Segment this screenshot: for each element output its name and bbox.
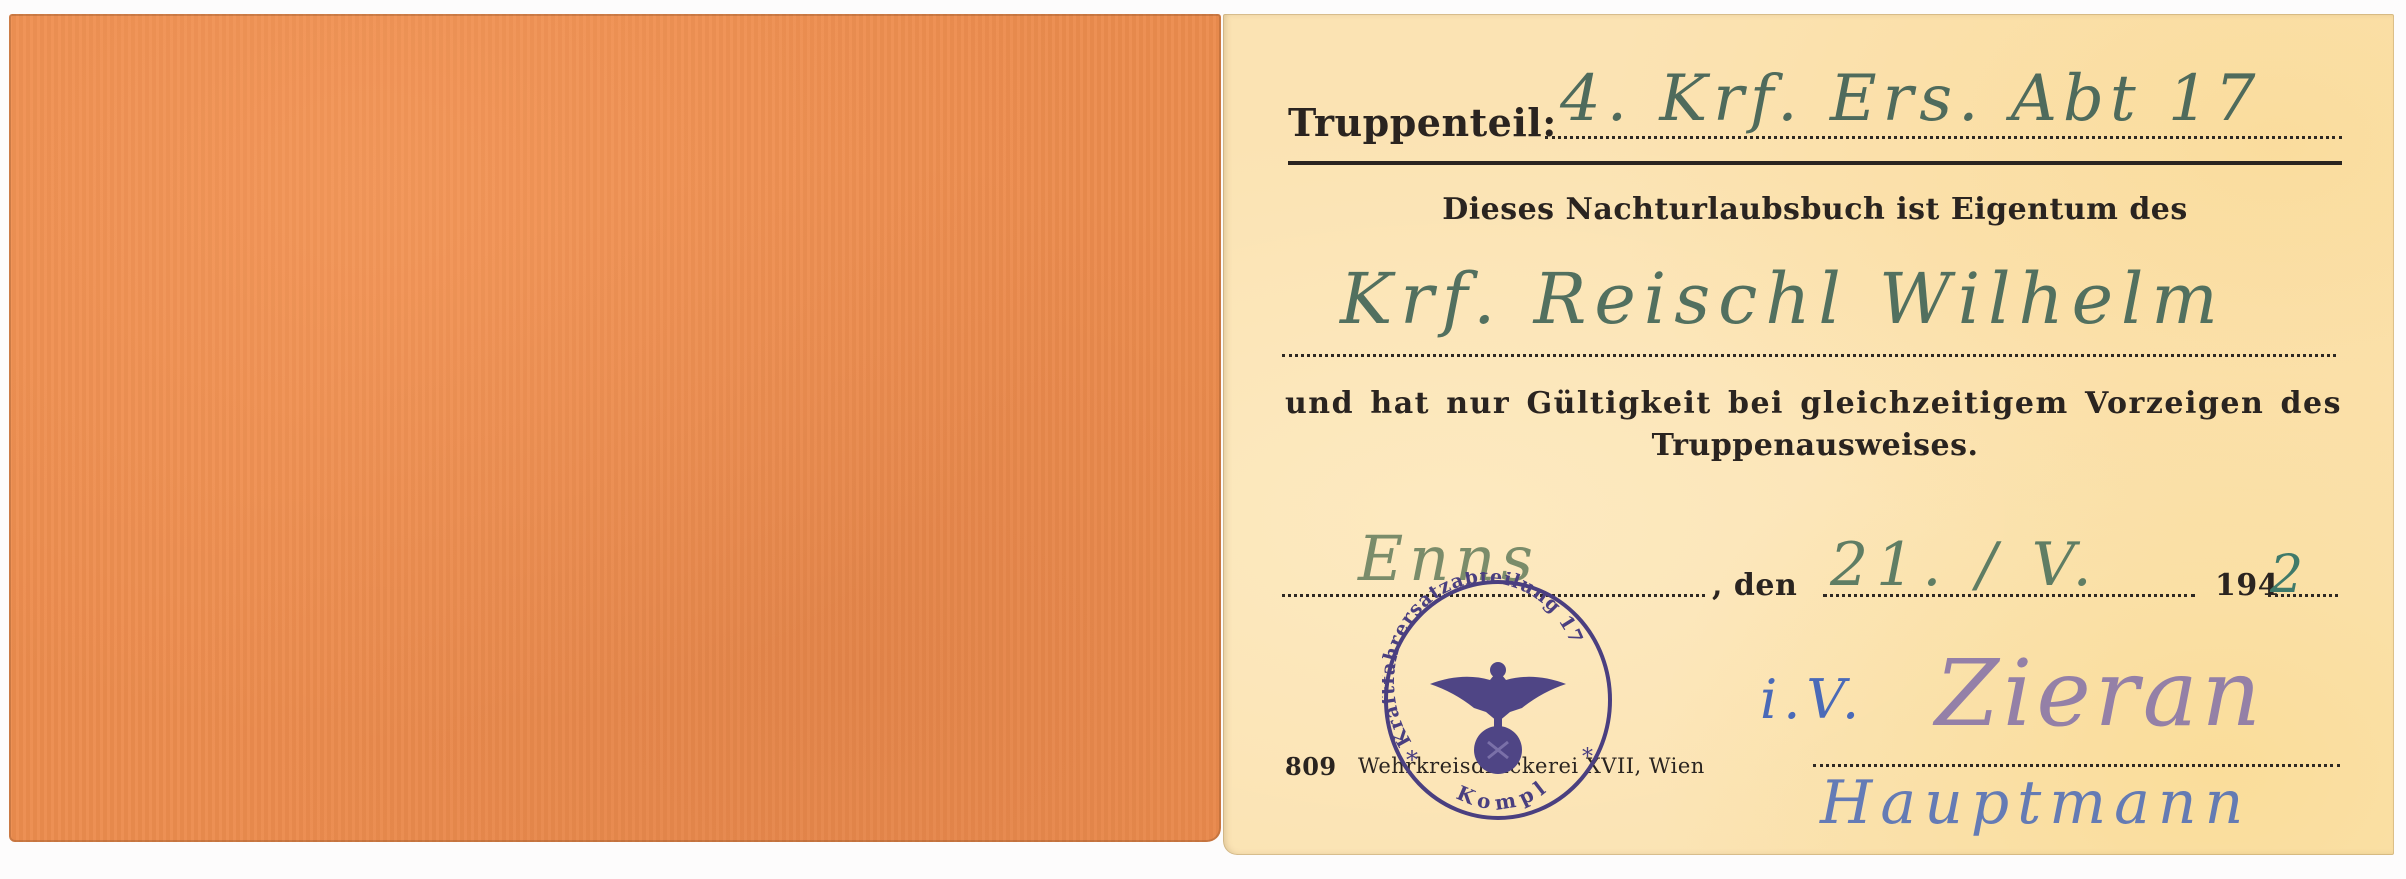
stamp-ring-text: Kraftfahrersatzabteilung 17	[1382, 572, 1587, 751]
stamp-graphic: Kraftfahrersatzabteilung 17 Kompl. * *	[1382, 572, 1614, 820]
signature-dotted-line	[1813, 764, 2340, 767]
booklet-cover	[9, 14, 1221, 842]
unit-label: Truppenteil:	[1288, 100, 1557, 145]
owner-name-handwritten: Krf. Reischl Wilhelm	[1340, 258, 2226, 340]
stamp-asterisk-right-icon: *	[1582, 745, 1593, 770]
year-dotted-line	[2268, 594, 2338, 597]
owner-dotted-line	[1282, 354, 2336, 357]
stamp-asterisk-left-icon: *	[1406, 746, 1418, 774]
validity-text-line-1: und hat nur Gültigkeit bei gleichzeitige…	[1285, 386, 2342, 421]
date-dotted-line	[1823, 594, 2195, 597]
official-stamp: Kraftfahrersatzabteilung 17 Kompl. * *	[1382, 572, 1614, 820]
date-handwritten: 21. / V.	[1830, 530, 2100, 600]
eagle-emblem-icon	[1430, 662, 1566, 774]
signature-prefix-handwritten: i.V.	[1760, 668, 1865, 731]
header-rule	[1288, 161, 2342, 165]
signature-upper-handwritten: Zieran	[1935, 640, 2265, 747]
unit-dotted-line	[1545, 136, 2342, 139]
svg-text:Kraftfahrersatzabteilung 17: Kraftfahrersatzabteilung 17	[1382, 572, 1587, 751]
validity-text-line-2: Truppenausweises.	[1288, 428, 2342, 463]
ownership-text: Dieses Nachturlaubsbuch ist Eigentum des	[1288, 192, 2342, 227]
signature-lower-handwritten: Hauptmann	[1820, 768, 2251, 838]
printer-number: 809	[1285, 752, 1337, 781]
unit-value-handwritten: 4. Krf. Ers. Abt 17	[1560, 62, 2261, 136]
date-separator: , den	[1712, 568, 1797, 603]
